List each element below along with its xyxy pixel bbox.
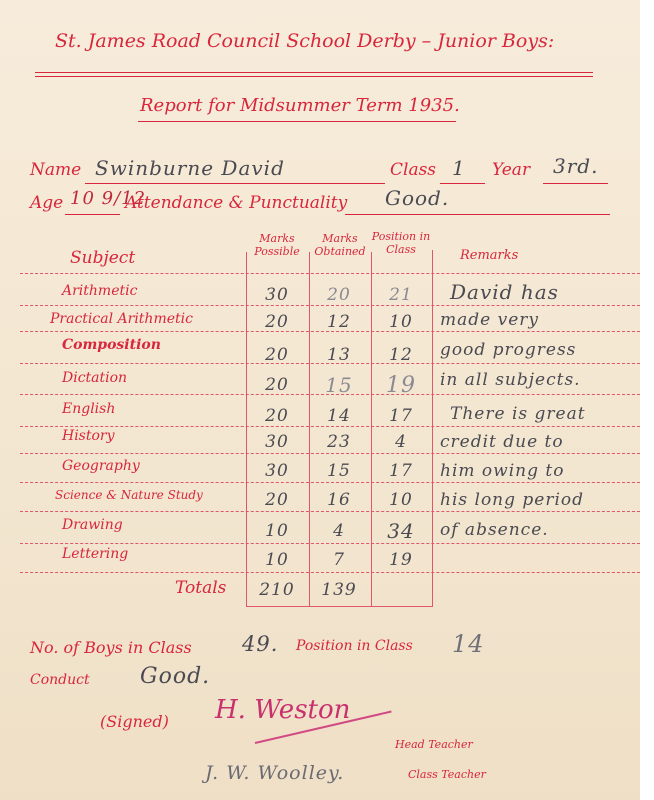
marks-possible: 10 [252, 550, 302, 570]
marks-obtained: 15 [314, 461, 364, 481]
remark-line: made very [440, 310, 539, 330]
table-rule [20, 426, 640, 427]
age-underline [65, 214, 120, 215]
marks-obtained: 14 [314, 406, 364, 426]
totals-label: Totals [175, 578, 226, 598]
marks-obtained: 16 [314, 490, 364, 510]
table-rule [20, 511, 640, 512]
subject-name: Arithmetic [62, 283, 137, 299]
position-in-class: 19 [376, 550, 426, 570]
table-rule [20, 543, 640, 544]
marks-possible: 30 [252, 461, 302, 481]
class-value: 1 [452, 156, 466, 180]
position-in-class: 17 [376, 406, 426, 426]
class-underline [440, 183, 485, 184]
subject-name: Science & Nature Study [55, 488, 203, 502]
boys-in-class-value: 49. [242, 632, 278, 656]
report-card-paper [0, 0, 640, 800]
totals-bottom-rule [246, 606, 432, 607]
column-divider [309, 252, 310, 607]
school-title: St. James Road Council School Derby – Ju… [55, 30, 554, 52]
year-value: 3rd. [553, 154, 598, 178]
position-in-class: 12 [376, 345, 426, 365]
year-underline [543, 183, 608, 184]
subject-name: History [62, 428, 115, 444]
marks-possible: 30 [252, 432, 302, 452]
position-in-class: 4 [376, 432, 426, 452]
marks-obtained: 4 [314, 521, 364, 541]
table-rule [20, 273, 640, 274]
header-position-in-class: Position in Class [370, 230, 432, 256]
position-in-class: 17 [376, 461, 426, 481]
subject-name: Practical Arithmetic [50, 311, 193, 327]
title-underline [35, 72, 593, 77]
position-in-class-value: 14 [452, 630, 485, 658]
remark-line: in all subjects. [440, 370, 581, 390]
position-in-class: 10 [376, 490, 426, 510]
subtitle-underline [138, 121, 456, 122]
marks-possible: 10 [252, 521, 302, 541]
totals-marks-possible: 210 [252, 580, 302, 600]
totals-marks-obtained: 139 [314, 580, 364, 600]
attendance-label: Attendance & Punctuality [125, 193, 347, 213]
remark-line: of absence. [440, 520, 549, 540]
class-teacher-signature: J. W. Woolley. [205, 762, 344, 784]
name-label: Name [30, 160, 81, 180]
position-in-class-label: Position in Class [296, 638, 413, 654]
table-rule [20, 482, 640, 483]
subject-name: Geography [62, 458, 140, 474]
marks-obtained: 13 [314, 345, 364, 365]
subject-name: Drawing [62, 517, 123, 533]
head-teacher-signature: H. Weston [215, 695, 350, 725]
position-in-class: 21 [376, 285, 426, 305]
remark-line: credit due to [440, 432, 564, 452]
remark-line: David has [450, 280, 559, 304]
subject-name: Dictation [62, 370, 127, 386]
header-remarks: Remarks [460, 248, 518, 263]
remark-line: good progress [440, 340, 576, 360]
marks-possible: 20 [252, 375, 302, 395]
header-subject: Subject [70, 248, 135, 268]
position-in-class: 19 [376, 373, 426, 398]
subject-name: Lettering [62, 546, 128, 562]
class-teacher-title: Class Teacher [408, 768, 486, 781]
attendance-value: Good. [385, 186, 449, 210]
attendance-underline [345, 214, 610, 215]
table-rule [20, 453, 640, 454]
marks-obtained: 20 [314, 285, 364, 305]
column-divider [246, 252, 247, 607]
marks-possible: 20 [252, 312, 302, 332]
position-in-class: 34 [376, 519, 426, 543]
name-underline [85, 183, 385, 184]
year-label: Year [492, 160, 530, 180]
remark-line: him owing to [440, 461, 564, 481]
marks-obtained: 23 [314, 432, 364, 452]
remark-line: There is great [450, 404, 586, 424]
subject-name: Composition [62, 337, 161, 353]
report-title: Report for Midsummer Term 1935. [140, 95, 460, 116]
marks-obtained: 12 [314, 312, 364, 332]
column-divider [371, 252, 372, 607]
head-teacher-title: Head Teacher [395, 738, 473, 751]
marks-possible: 20 [252, 406, 302, 426]
remark-line: his long period [440, 490, 584, 510]
marks-obtained: 7 [314, 550, 364, 570]
table-rule [20, 305, 640, 306]
table-rule [20, 572, 640, 573]
class-label: Class [390, 160, 436, 180]
column-divider [432, 250, 433, 607]
marks-possible: 20 [252, 490, 302, 510]
marks-possible: 30 [252, 285, 302, 305]
header-marks-possible: Marks Possible [247, 232, 307, 258]
header-marks-obtained: Marks Obtained [310, 232, 370, 258]
age-label: Age [30, 193, 63, 213]
subject-name: English [62, 401, 115, 417]
conduct-value: Good. [140, 664, 210, 689]
marks-obtained: 15 [314, 373, 364, 397]
scan-edge [640, 0, 654, 800]
position-in-class: 10 [376, 312, 426, 332]
boys-in-class-label: No. of Boys in Class [30, 638, 192, 657]
conduct-label: Conduct [30, 672, 90, 688]
marks-possible: 20 [252, 345, 302, 365]
name-value: Swinburne David [95, 156, 285, 180]
signed-label: (Signed) [100, 712, 169, 731]
